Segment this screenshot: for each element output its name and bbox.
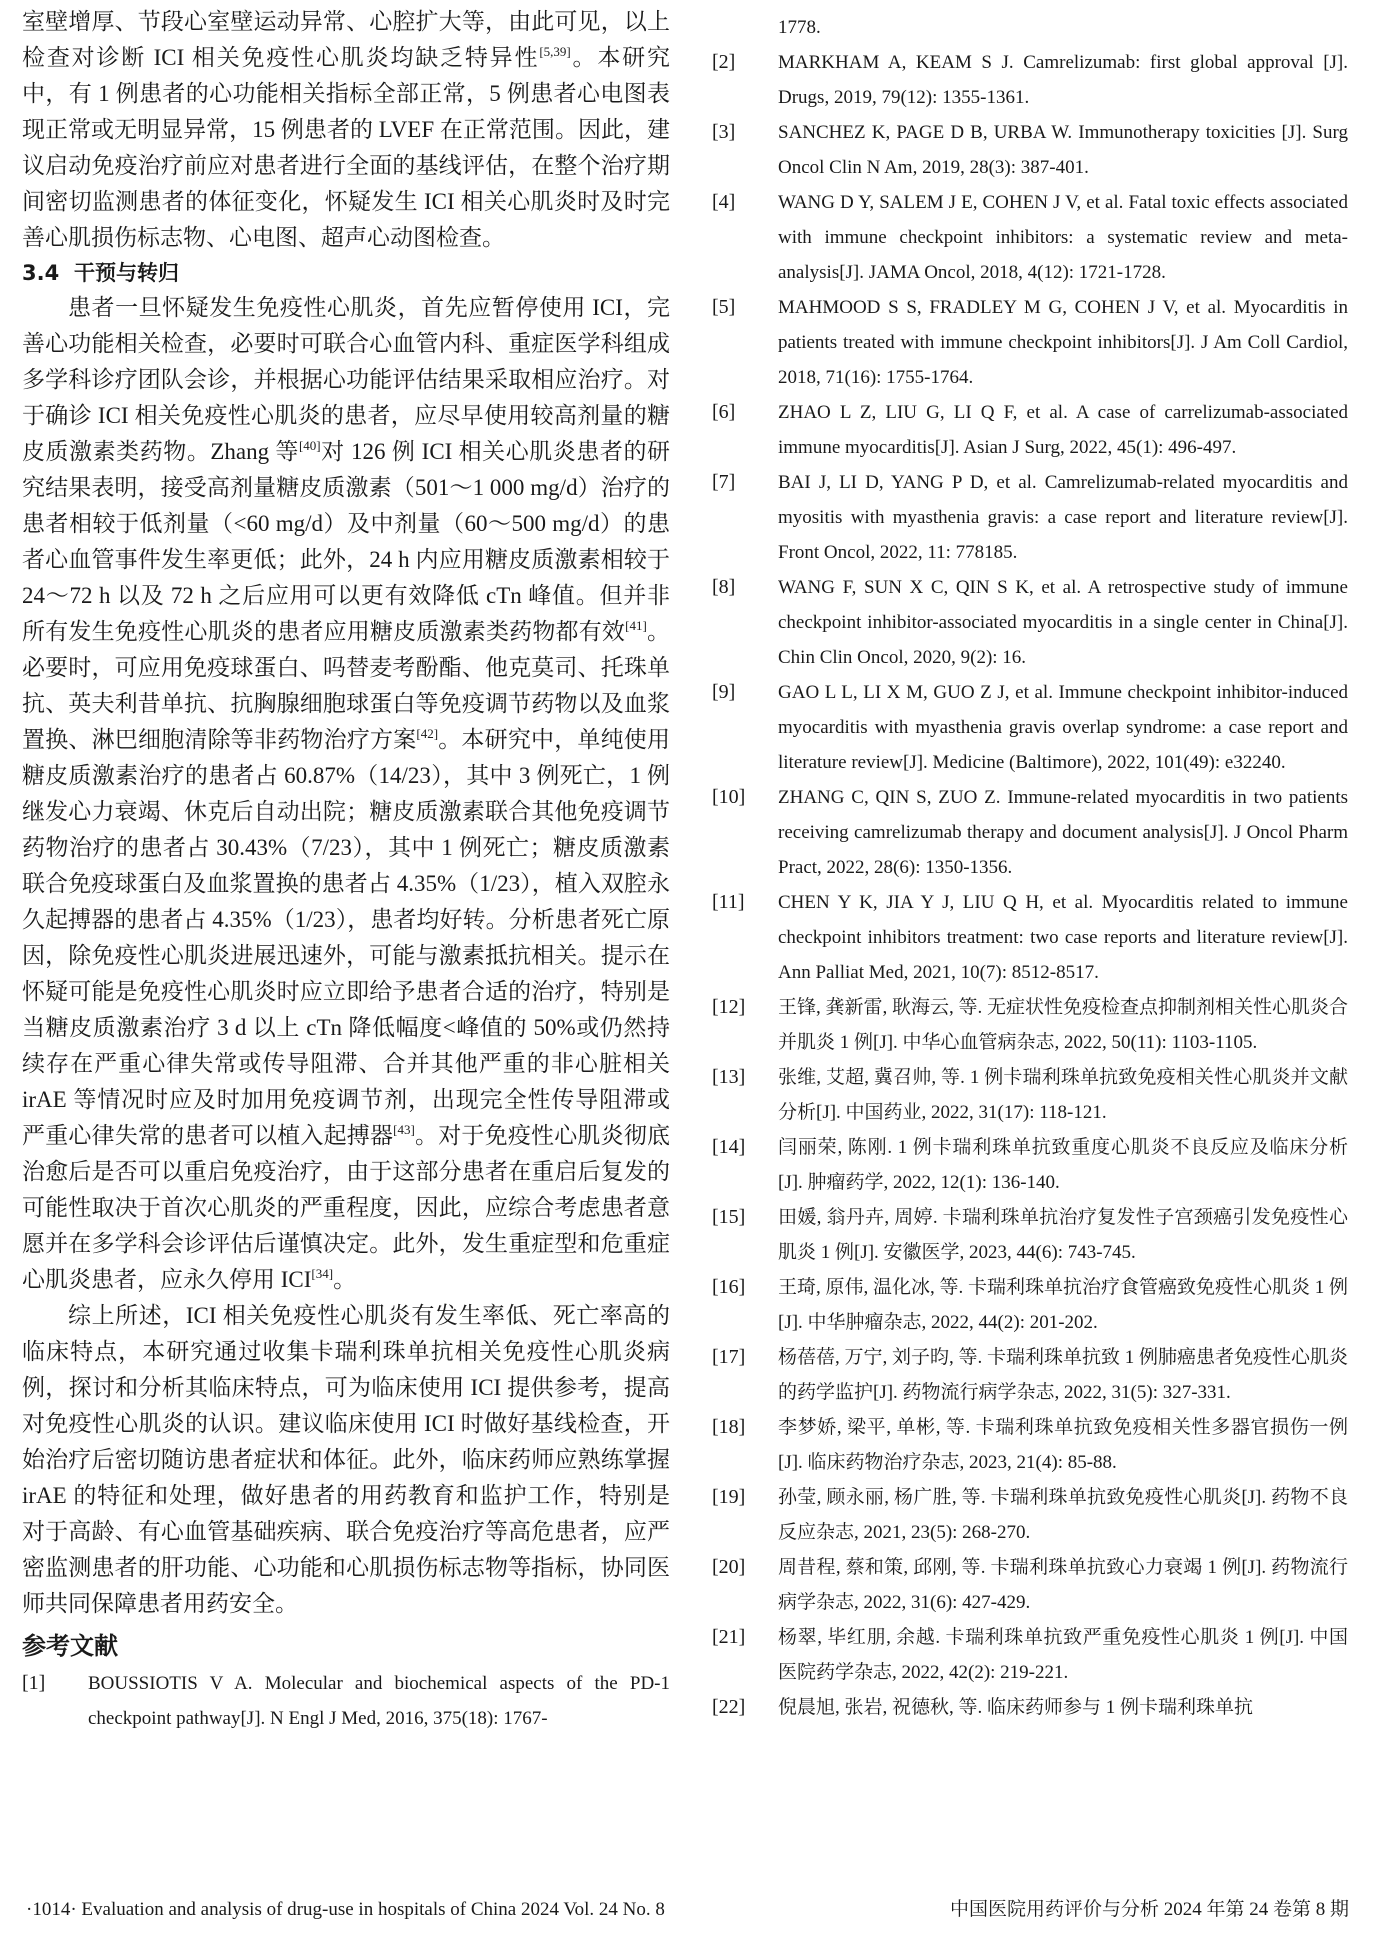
reference-text: WANG D Y, SALEM J E, COHEN J V, et al. F… [778,185,1348,290]
reference-text: ZHAO L Z, LIU G, LI Q F, et al. A case o… [778,395,1348,465]
footer-journal-chinese: 中国医院用药评价与分析 2024 年第 24 卷第 8 期 [950,1895,1349,1925]
reference-text: 杨翠, 毕红朋, 余越. 卡瑞利珠单抗致严重免疫性心肌炎 1 例[J]. 中国医… [778,1620,1348,1690]
paragraph-text: 。本研究中，有 1 例患者的心功能相关指标全部正常，5 例患者心电图表现正常或无… [22,45,670,250]
reference-item: [6]ZHAO L Z, LIU G, LI Q F, et al. A cas… [712,395,1348,465]
reference-number: [15] [712,1200,772,1235]
reference-text: MAHMOOD S S, FRADLEY M G, COHEN J V, et … [778,290,1348,395]
reference-number: [11] [712,885,772,920]
reference-item: [8]WANG F, SUN X C, QIN S K, et al. A re… [712,570,1348,675]
body-paragraph: 室壁增厚、节段心室壁运动异常、心腔扩大等，由此可见，以上检查对诊断 ICI 相关… [22,4,670,256]
paragraph-text: 。本研究中，单纯使用糖皮质激素治疗的患者占 60.87%（14/23），其中 3… [22,727,670,1148]
reference-item: [16]王琦, 原伟, 温化冰, 等. 卡瑞利珠单抗治疗食管癌致免疫性心肌炎 1… [712,1270,1348,1340]
reference-item: [12]王锋, 龚新雷, 耿海云, 等. 无症状性免疫检查点抑制剂相关性心肌炎合… [712,990,1348,1060]
paragraph-text: 对 126 例 ICI 相关心肌炎患者的研究结果表明，接受高剂量糖皮质激素（50… [22,439,670,644]
citation-marker[interactable]: [40] [299,438,321,453]
citation-marker[interactable]: [42] [416,726,438,741]
section-number: 3.4 [22,256,74,290]
footer-journal-english: ·1014· Evaluation and analysis of drug-u… [26,1895,665,1925]
reference-item: [2]MARKHAM A, KEAM S J. Camrelizumab: fi… [712,45,1348,115]
reference-number: [5] [712,290,772,325]
reference-item: [17]杨蓓蓓, 万宁, 刘子昀, 等. 卡瑞利珠单抗致 1 例肺癌患者免疫性心… [712,1340,1348,1410]
references-heading: 参考文献 [22,1626,670,1666]
left-column: 室壁增厚、节段心室壁运动异常、心腔扩大等，由此可见，以上检查对诊断 ICI 相关… [22,0,670,1736]
reference-text: BOUSSIOTIS V A. Molecular and biochemica… [88,1666,670,1736]
reference-number: [18] [712,1410,772,1445]
reference-item: [7]BAI J, LI D, YANG P D, et al. Camreli… [712,465,1348,570]
right-column: 1778. [2]MARKHAM A, KEAM S J. Camrelizum… [712,0,1348,1725]
reference-number: [4] [712,185,772,220]
reference-number: [10] [712,780,772,815]
reference-text: MARKHAM A, KEAM S J. Camrelizumab: first… [778,45,1348,115]
reference-number: [13] [712,1060,772,1095]
reference-item: [19]孙莹, 顾永丽, 杨广胜, 等. 卡瑞利珠单抗致免疫性心肌炎[J]. 药… [712,1480,1348,1550]
reference-continuation: 1778. [712,10,1348,45]
reference-item: [3]SANCHEZ K, PAGE D B, URBA W. Immunoth… [712,115,1348,185]
reference-number: [1] [22,1666,82,1701]
reference-number: [12] [712,990,772,1025]
reference-number: [6] [712,395,772,430]
reference-text: 王琦, 原伟, 温化冰, 等. 卡瑞利珠单抗治疗食管癌致免疫性心肌炎 1 例[J… [778,1270,1348,1340]
reference-list: [1] BOUSSIOTIS V A. Molecular and bioche… [22,1666,670,1736]
reference-text: 倪晨旭, 张岩, 祝德秋, 等. 临床药师参与 1 例卡瑞利珠单抗 [778,1690,1348,1725]
section-heading: 3.4干预与转归 [22,256,670,290]
reference-text: ZHANG C, QIN S, ZUO Z. Immune-related my… [778,780,1348,885]
reference-number: [22] [712,1690,772,1725]
reference-number: [20] [712,1550,772,1585]
reference-text: 田媛, 翁丹卉, 周婷. 卡瑞利珠单抗治疗复发性子宫颈癌引发免疫性心肌炎 1 例… [778,1200,1348,1270]
reference-text: 杨蓓蓓, 万宁, 刘子昀, 等. 卡瑞利珠单抗致 1 例肺癌患者免疫性心肌炎的药… [778,1340,1348,1410]
reference-item: [4]WANG D Y, SALEM J E, COHEN J V, et al… [712,185,1348,290]
reference-item: [22]倪晨旭, 张岩, 祝德秋, 等. 临床药师参与 1 例卡瑞利珠单抗 [712,1690,1348,1725]
section-title: 干预与转归 [74,261,179,285]
reference-item: [11]CHEN Y K, JIA Y J, LIU Q H, et al. M… [712,885,1348,990]
body-paragraph: 患者一旦怀疑发生免疫性心肌炎，首先应暂停使用 ICI，完善心功能相关检查，必要时… [22,290,670,1298]
reference-list: [2]MARKHAM A, KEAM S J. Camrelizumab: fi… [712,45,1348,1725]
reference-text: SANCHEZ K, PAGE D B, URBA W. Immunothera… [778,115,1348,185]
page-footer: ·1014· Evaluation and analysis of drug-u… [26,1895,1349,1925]
body-paragraph: 综上所述，ICI 相关免疫性心肌炎有发生率低、死亡率高的临床特点，本研究通过收集… [22,1298,670,1622]
citation-marker[interactable]: [41] [625,618,647,633]
reference-number: [9] [712,675,772,710]
citation-marker[interactable]: [34] [311,1266,333,1281]
reference-text: GAO L L, LI X M, GUO Z J, et al. Immune … [778,675,1348,780]
reference-text: WANG F, SUN X C, QIN S K, et al. A retro… [778,570,1348,675]
reference-item: [21]杨翠, 毕红朋, 余越. 卡瑞利珠单抗致严重免疫性心肌炎 1 例[J].… [712,1620,1348,1690]
reference-text: 李梦娇, 梁平, 单彬, 等. 卡瑞利珠单抗致免疫相关性多器官损伤一例[J]. … [778,1410,1348,1480]
reference-text: CHEN Y K, JIA Y J, LIU Q H, et al. Myoca… [778,885,1348,990]
reference-number: [2] [712,45,772,80]
reference-number: [7] [712,465,772,500]
reference-item: [5]MAHMOOD S S, FRADLEY M G, COHEN J V, … [712,290,1348,395]
reference-number: [16] [712,1270,772,1305]
reference-item: [20]周昔程, 蔡和策, 邱刚, 等. 卡瑞利珠单抗致心力衰竭 1 例[J].… [712,1550,1348,1620]
reference-number: [14] [712,1130,772,1165]
reference-item: [9]GAO L L, LI X M, GUO Z J, et al. Immu… [712,675,1348,780]
reference-number: [8] [712,570,772,605]
citation-marker[interactable]: [43] [393,1122,415,1137]
reference-item: [10]ZHANG C, QIN S, ZUO Z. Immune-relate… [712,780,1348,885]
paragraph-text: 。 [333,1267,356,1292]
reference-text: 孙莹, 顾永丽, 杨广胜, 等. 卡瑞利珠单抗致免疫性心肌炎[J]. 药物不良反… [778,1480,1348,1550]
reference-text: BAI J, LI D, YANG P D, et al. Camrelizum… [778,465,1348,570]
reference-text: 王锋, 龚新雷, 耿海云, 等. 无症状性免疫检查点抑制剂相关性心肌炎合并肌炎 … [778,990,1348,1060]
reference-number: [21] [712,1620,772,1655]
reference-item: [1] BOUSSIOTIS V A. Molecular and bioche… [22,1666,670,1736]
reference-text: 周昔程, 蔡和策, 邱刚, 等. 卡瑞利珠单抗致心力衰竭 1 例[J]. 药物流… [778,1550,1348,1620]
citation-marker[interactable]: [5,39] [539,44,570,59]
reference-number: [17] [712,1340,772,1375]
reference-item: [13]张维, 艾超, 冀召帅, 等. 1 例卡瑞利珠单抗致免疫相关性心肌炎并文… [712,1060,1348,1130]
reference-item: [14]闫丽荣, 陈刚. 1 例卡瑞利珠单抗致重度心肌炎不良反应及临床分析[J]… [712,1130,1348,1200]
reference-item: [15]田媛, 翁丹卉, 周婷. 卡瑞利珠单抗治疗复发性子宫颈癌引发免疫性心肌炎… [712,1200,1348,1270]
reference-number: [3] [712,115,772,150]
reference-text: 张维, 艾超, 冀召帅, 等. 1 例卡瑞利珠单抗致免疫相关性心肌炎并文献分析[… [778,1060,1348,1130]
reference-item: [18]李梦娇, 梁平, 单彬, 等. 卡瑞利珠单抗致免疫相关性多器官损伤一例[… [712,1410,1348,1480]
reference-text: 闫丽荣, 陈刚. 1 例卡瑞利珠单抗致重度心肌炎不良反应及临床分析[J]. 肿瘤… [778,1130,1348,1200]
reference-number: [19] [712,1480,772,1515]
